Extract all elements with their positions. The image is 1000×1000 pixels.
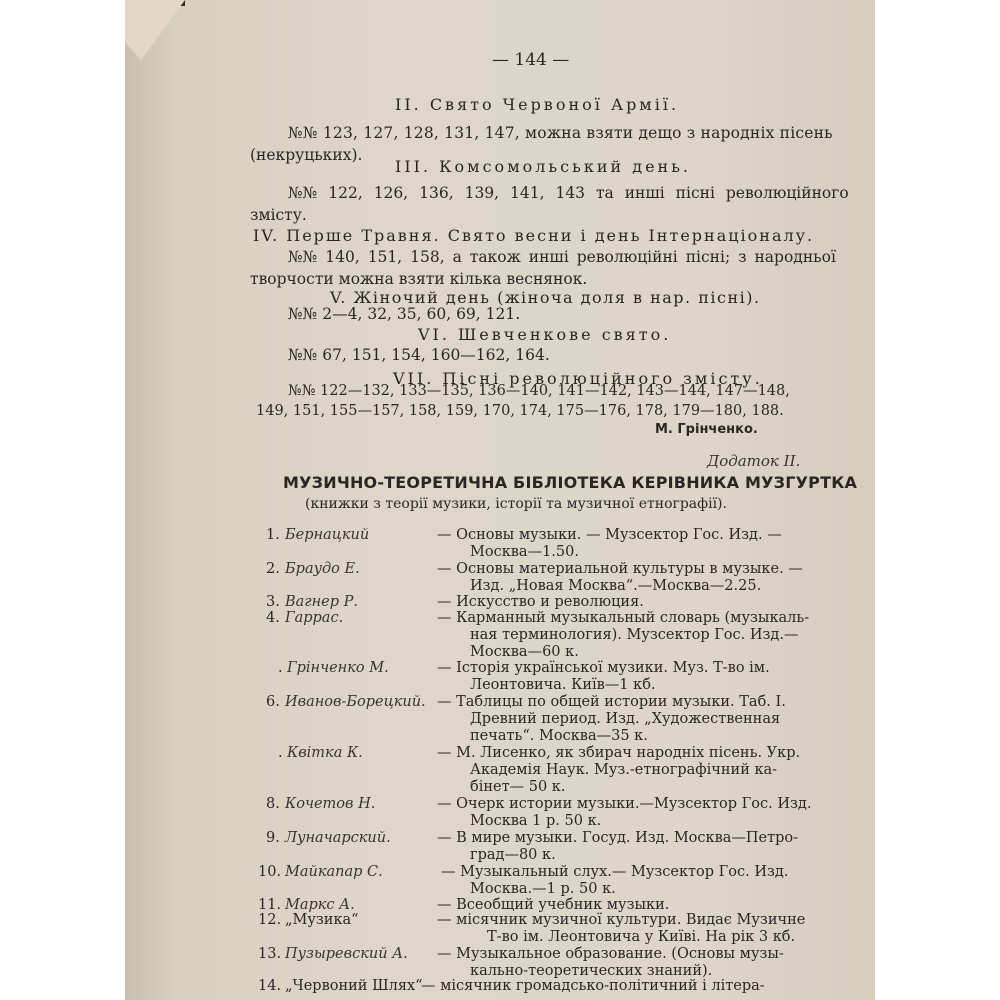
entry-number: 1.: [266, 527, 280, 543]
appendix-subtitle: (книжки з теорії музики, історії та музи…: [305, 496, 727, 512]
entry-text: — Карманный музыкальный словарь (музыкал…: [437, 610, 809, 626]
section-text: змісту.: [250, 206, 307, 224]
section-text: №№ 140, 151, 158, а також инші революцій…: [288, 248, 836, 266]
entry-text: — В мире музыки. Госуд. Изд. Москва—Петр…: [437, 830, 798, 846]
entry-text: бінет— 50 к.: [470, 779, 565, 795]
entry-text: кально-теоретических знаний).: [470, 963, 712, 979]
section-text: №№ 123, 127, 128, 131, 147, можна взяти …: [288, 124, 833, 142]
section-heading: VI. Шевченкове свято.: [418, 325, 671, 344]
book-page-photo: — 144 — II. Свято Червоної Армії. №№ 123…: [125, 0, 875, 1000]
entry-text: печать“. Москва—35 к.: [470, 728, 648, 744]
section-text: №№ 2—4, 32, 35, 60, 69, 121.: [288, 305, 520, 323]
entry-number: .: [278, 660, 283, 676]
entry-author: Иванов-Борецкий.: [285, 694, 426, 710]
entry-text: — Искусство и революция.: [437, 594, 644, 610]
entry-text: — Основы музыки. — Музсектор Гос. Изд. —: [437, 527, 782, 543]
section-text: (некруцьких).: [250, 146, 362, 164]
section-heading: II. Свято Червоної Армії.: [395, 95, 679, 114]
entry-text: Изд. „Новая Москва“.—Москва—2.25.: [470, 578, 761, 594]
entry-number: 14.: [258, 978, 281, 994]
entry-text: — Всеобщий учебник музыки.: [437, 897, 669, 913]
entry-author: Луначарский.: [285, 830, 391, 846]
entry-number: 8.: [266, 796, 280, 812]
printed-page: — 144 — II. Свято Червоної Армії. №№ 123…: [125, 0, 875, 1000]
entry-text: — Історія української музики. Муз. Т-во …: [437, 660, 770, 676]
entry-text: Москва—60 к.: [470, 644, 579, 660]
entry-text: — Очерк истории музыки.—Музсектор Гос. И…: [437, 796, 811, 812]
entry-text: Москва—1.50.: [470, 544, 579, 560]
entry-number: 12.: [258, 912, 281, 928]
entry-text: — місячник громадсько-політичний і літер…: [421, 978, 765, 994]
entry-text: Т-во ім. Леонтовича у Київі. На рік 3 кб…: [487, 929, 795, 945]
entry-number: 2.: [266, 561, 280, 577]
entry-author: Гаррас.: [285, 610, 343, 626]
page-number: — 144 —: [492, 50, 569, 70]
section-text: №№ 122—132, 133—135, 136—140, 141—142, 1…: [288, 383, 790, 399]
section-text: творчости можна взяти кілька веснянок.: [250, 270, 587, 288]
entry-author: „Червоний Шлях“: [285, 978, 423, 994]
entry-number: 13.: [258, 946, 281, 962]
entry-text: Москва.—1 р. 50 к.: [470, 881, 616, 897]
section-heading: III. Комсомольський день.: [395, 157, 691, 176]
entry-text: — місячник музичної культури. Видає Музи…: [437, 912, 805, 928]
appendix-label: Додаток II.: [707, 452, 800, 470]
entry-number: 3.: [266, 594, 280, 610]
entry-text: — М. Лисенко, як збирач народніх пісень.…: [437, 745, 800, 761]
entry-text: Академія Наук. Муз.-етнографічний ка-: [470, 762, 777, 778]
entry-author: Кочетов Н.: [285, 796, 375, 812]
section-text: №№ 67, 151, 154, 160—162, 164.: [288, 346, 550, 364]
entry-text: град—80 к.: [470, 847, 556, 863]
entry-number: 6.: [266, 694, 280, 710]
entry-number: 11.: [258, 897, 281, 913]
entry-text: ная терминология). Музсектор Гос. Изд.—: [470, 627, 798, 643]
entry-text: — Таблицы по общей истории музыки. Таб. …: [437, 694, 786, 710]
entry-author: Пузыревский А.: [285, 946, 408, 962]
section-text: 149, 151, 155—157, 158, 159, 170, 174, 1…: [256, 403, 784, 419]
entry-text: — Музыкальное образование. (Основы музы-: [437, 946, 784, 962]
entry-text: Москва 1 р. 50 к.: [470, 813, 601, 829]
entry-author: Грінченко М.: [287, 660, 389, 676]
entry-number: .: [278, 745, 283, 761]
entry-author: Квітка К.: [287, 745, 363, 761]
appendix-title: МУЗИЧНО-ТЕОРЕТИЧНА БІБЛІОТЕКА КЕРІВНИКА …: [283, 473, 857, 492]
entry-author: Майкапар С.: [285, 864, 383, 880]
entry-text: Леонтовича. Київ—1 кб.: [470, 677, 656, 693]
entry-author: Вагнер Р.: [285, 594, 358, 610]
entry-number: 10.: [258, 864, 281, 880]
entry-author: Браудо Е.: [285, 561, 360, 577]
entry-text: — Основы материальной культуры в музыке.…: [437, 561, 803, 577]
folded-corner: [125, 0, 185, 60]
entry-author: „Музика“: [285, 912, 359, 928]
entry-author: Бернацкий: [285, 527, 369, 543]
section-heading: IV. Перше Травня. Свято весни і день Інт…: [253, 226, 814, 245]
entry-number: 9.: [266, 830, 280, 846]
entry-number: 4.: [266, 610, 280, 626]
section-text: №№ 122, 126, 136, 139, 141, 143 та инші …: [288, 184, 849, 202]
entry-author: Маркс А.: [285, 897, 355, 913]
entry-text: — Музыкальный слух.— Музсектор Гос. Изд.: [441, 864, 788, 880]
signature: М. Грінченко.: [655, 422, 758, 437]
entry-text: Древний период. Изд. „Художественная: [470, 711, 780, 727]
